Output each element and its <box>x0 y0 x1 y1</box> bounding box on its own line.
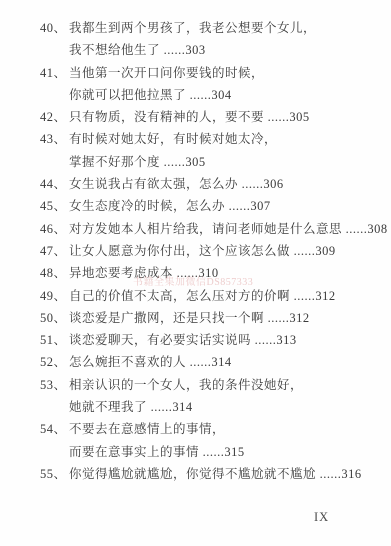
entry-lines: 不要去在意感情上的事情，而要在意事实上的事情 ......315 <box>69 418 383 463</box>
toc-entry: 55、 你觉得尴尬就尴尬，你觉得不尴尬就不尴尬 ......316 <box>40 463 383 485</box>
entry-number: 48、 <box>40 262 69 284</box>
watermark-text: 书籍全集加微信DS857333 <box>133 277 253 289</box>
entry-page-ref: ......309 <box>290 244 336 258</box>
entry-line: 相亲认识的一个女人，我的条件没她好， <box>69 374 383 396</box>
entry-number: 46、 <box>40 218 69 240</box>
entry-number: 41、 <box>40 62 69 84</box>
toc-entry: 52、 怎么婉拒不喜欢的人 ......314 <box>40 351 383 373</box>
toc-entry: 53、 相亲认识的一个女人，我的条件没她好，她就不理我了 ......314 <box>40 374 383 419</box>
entry-line: 而要在意事实上的事情 ......315 <box>69 441 383 463</box>
entry-line: 谈恋爱聊天，有必要实话实说吗 ......313 <box>69 329 383 351</box>
entry-line: 谈恋爱是广撒网，还是只找一个啊 ......312 <box>69 307 383 329</box>
entry-line: 你就可以把他拉黑了 ......304 <box>69 84 383 106</box>
table-of-contents: 40、 我都生到两个男孩了，我老公想要个女儿，我不想给他生了 ......303… <box>40 17 383 485</box>
entry-line: 只有物质，没有精神的人，要不要 ......305 <box>69 106 383 128</box>
entry-lines: 谈恋爱是广撒网，还是只找一个啊 ......312 <box>69 307 383 329</box>
entry-page-ref: ......304 <box>186 88 232 102</box>
toc-entry: 44、 女生说我占有欲太强，怎么办 ......306 <box>40 173 383 195</box>
entry-page-ref: ......313 <box>251 333 297 347</box>
entry-lines: 你觉得尴尬就尴尬，你觉得不尴尬就不尴尬 ......316 <box>69 463 383 485</box>
entry-page-ref: ......314 <box>186 355 232 369</box>
entry-line: 不要去在意感情上的事情， <box>69 418 383 440</box>
entry-lines: 对方发她本人相片给我，请问老师她是什么意思 ......308 <box>69 218 383 240</box>
entry-page-ref: ......312 <box>264 311 310 325</box>
entry-lines: 相亲认识的一个女人，我的条件没她好，她就不理我了 ......314 <box>69 374 383 419</box>
entry-page-ref: ......306 <box>238 177 284 191</box>
entry-number: 43、 <box>40 128 69 150</box>
entry-line: 掌握不好那个度 ......305 <box>69 151 383 173</box>
entry-number: 55、 <box>40 463 69 485</box>
entry-lines: 谈恋爱聊天，有必要实话实说吗 ......313 <box>69 329 383 351</box>
entry-page-ref: ......308 <box>342 222 388 236</box>
entry-lines: 女生说我占有欲太强，怎么办 ......306 <box>69 173 383 195</box>
entry-number: 45、 <box>40 195 69 217</box>
page-number-footer: IX <box>314 510 329 525</box>
entry-line: 当他第一次开口问你要钱的时候， <box>69 62 383 84</box>
toc-entry: 41、 当他第一次开口问你要钱的时候，你就可以把他拉黑了 ......304 <box>40 62 383 107</box>
entry-line: 怎么婉拒不喜欢的人 ......314 <box>69 351 383 373</box>
entry-page-ref: ......305 <box>160 155 206 169</box>
entry-number: 50、 <box>40 307 69 329</box>
toc-entry: 45、 女生态度冷的时候，怎么办 ......307 <box>40 195 383 217</box>
entry-line: 我不想给他生了 ......303 <box>69 39 383 61</box>
entry-lines: 只有物质，没有精神的人，要不要 ......305 <box>69 106 383 128</box>
toc-entry: 46、 对方发她本人相片给我，请问老师她是什么意思 ......308 <box>40 218 383 240</box>
entry-lines: 让女人愿意为你付出，这个应该怎么做 ......309 <box>69 240 383 262</box>
entry-number: 49、 <box>40 285 69 307</box>
entry-number: 54、 <box>40 418 69 440</box>
entry-line: 我都生到两个男孩了，我老公想要个女儿， <box>69 17 383 39</box>
entry-page-ref: ......315 <box>199 445 245 459</box>
entry-lines: 怎么婉拒不喜欢的人 ......314 <box>69 351 383 373</box>
entry-line: 她就不理我了 ......314 <box>69 396 383 418</box>
entry-number: 47、 <box>40 240 69 262</box>
entry-page-ref: ......307 <box>225 199 271 213</box>
toc-entry: 50、 谈恋爱是广撒网，还是只找一个啊 ......312 <box>40 307 383 329</box>
entry-page-ref: ......312 <box>290 289 336 303</box>
entry-page-ref: ......316 <box>316 467 362 481</box>
entry-number: 40、 <box>40 17 69 39</box>
toc-entry: 51、 谈恋爱聊天，有必要实话实说吗 ......313 <box>40 329 383 351</box>
entry-line: 女生态度冷的时候，怎么办 ......307 <box>69 195 383 217</box>
entry-line: 女生说我占有欲太强，怎么办 ......306 <box>69 173 383 195</box>
entry-line: 对方发她本人相片给我，请问老师她是什么意思 ......308 <box>69 218 383 240</box>
entry-line: 你觉得尴尬就尴尬，你觉得不尴尬就不尴尬 ......316 <box>69 463 383 485</box>
entry-page-ref: ......303 <box>160 43 206 57</box>
entry-number: 53、 <box>40 374 69 396</box>
entry-page-ref: ......314 <box>147 400 193 414</box>
entry-lines: 我都生到两个男孩了，我老公想要个女儿，我不想给他生了 ......303 <box>69 17 383 62</box>
toc-entry: 42、 只有物质，没有精神的人，要不要 ......305 <box>40 106 383 128</box>
entry-lines: 女生态度冷的时候，怎么办 ......307 <box>69 195 383 217</box>
toc-entry: 47、 让女人愿意为你付出，这个应该怎么做 ......309 <box>40 240 383 262</box>
entry-number: 52、 <box>40 351 69 373</box>
entry-number: 51、 <box>40 329 69 351</box>
entry-number: 44、 <box>40 173 69 195</box>
toc-entry: 40、 我都生到两个男孩了，我老公想要个女儿，我不想给他生了 ......303 <box>40 17 383 62</box>
entry-number: 42、 <box>40 106 69 128</box>
toc-entry: 43、 有时候对她太好，有时候对她太冷，掌握不好那个度 ......305 <box>40 128 383 173</box>
toc-entry: 54、 不要去在意感情上的事情，而要在意事实上的事情 ......315 <box>40 418 383 463</box>
entry-line: 让女人愿意为你付出，这个应该怎么做 ......309 <box>69 240 383 262</box>
entry-lines: 当他第一次开口问你要钱的时候，你就可以把他拉黑了 ......304 <box>69 62 383 107</box>
entry-page-ref: ......305 <box>264 110 310 124</box>
entry-lines: 有时候对她太好，有时候对她太冷，掌握不好那个度 ......305 <box>69 128 383 173</box>
book-page: 40、 我都生到两个男孩了，我老公想要个女儿，我不想给他生了 ......303… <box>0 0 391 546</box>
entry-line: 有时候对她太好，有时候对她太冷， <box>69 128 383 150</box>
